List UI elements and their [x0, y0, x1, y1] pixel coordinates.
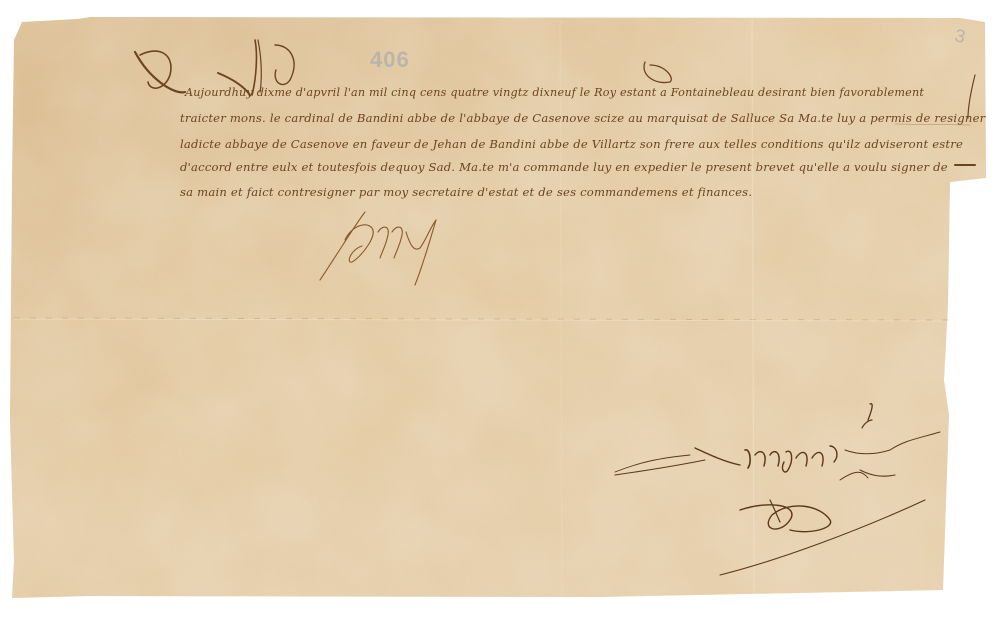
- body-line: sa main et faict contresigner par moy se…: [180, 185, 752, 199]
- body-line: traicter mons. le cardinal de Bandini ab…: [180, 111, 985, 125]
- body-line: ladicte abbaye de Casenove en faveur de …: [180, 137, 963, 151]
- body-line: Aujourdhuy dixme d'apvril l'an mil cinq …: [185, 86, 924, 99]
- document-page: 406 3 Aujourdhuy dixme d'apvril l'an mil…: [0, 0, 1000, 632]
- pencil-folio-number: 406: [370, 47, 410, 73]
- body-line: d'accord entre eulx et toutesfois dequoy…: [180, 160, 948, 174]
